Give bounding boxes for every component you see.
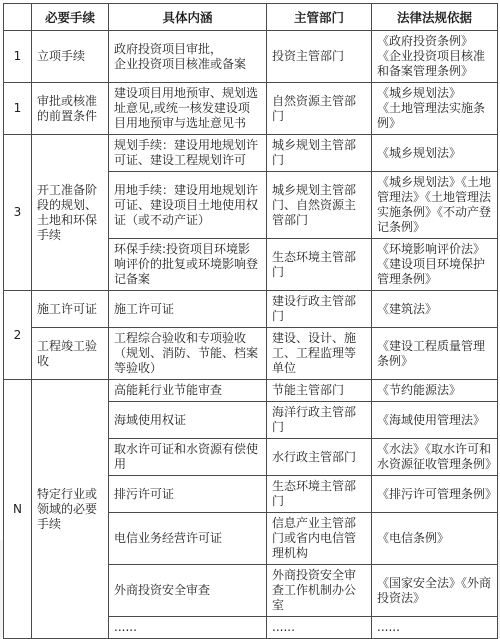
header-cell-legal-basis: 法律法规依据 bbox=[372, 4, 498, 31]
authority: 建设、设计、施工、工程监理等单位 bbox=[267, 328, 372, 380]
row-count: 2 bbox=[4, 291, 32, 380]
legal-basis: 《建设工程质量管理条例》 bbox=[372, 328, 498, 380]
legal-basis: 《环境影响评价法》《建设项目环境保护管理条例》 bbox=[372, 239, 498, 291]
procedure-name: 审批或核准的前置条件 bbox=[32, 83, 109, 135]
header-cell-authority: 主管部门 bbox=[267, 4, 372, 31]
row-count: 3 bbox=[4, 135, 32, 291]
procedure-name: 立项手续 bbox=[32, 31, 109, 83]
legal-basis: 《政府投资条例》 《企业投资项目核准和备案管理条例》 bbox=[372, 31, 498, 83]
table-row: 1 立项手续 政府投资项目审批， 企业投资项目核准或备案 投资主管部门 《政府投… bbox=[4, 31, 498, 83]
table-row: N 特定行业或领域的必要手续 高能耗行业节能审查 节能主管部门 《节约能源法》 bbox=[4, 380, 498, 402]
procedure-content: 排污许可证 bbox=[109, 476, 267, 513]
legal-basis: 《节约能源法》 bbox=[372, 380, 498, 402]
authority: 水行政主管部门 bbox=[267, 439, 372, 476]
authority: 信息产业主管部门或省内电信管理机构 bbox=[267, 513, 372, 565]
procedure-name: 开工准备阶段的规划、土地和环保手续 bbox=[32, 135, 109, 291]
procedure-content: 环保手续:投资项目环境影响评价的批复或环境影响登记备案 bbox=[109, 239, 267, 291]
procedure-content: 电信业务经营许可证 bbox=[109, 513, 267, 565]
table-row: 工程竣工验收 工程综合验收和专项验收（规划、消防、节能、档案等验收） 建设、设计… bbox=[4, 328, 498, 380]
header-cell-procedure: 必要手续 bbox=[32, 4, 109, 31]
authority: 外商投资安全审查工作机制办公室 bbox=[267, 565, 372, 617]
procedure-name: 工程竣工验收 bbox=[32, 328, 109, 380]
authority: 城乡规划主管部门、自然资源主管部门 bbox=[267, 172, 372, 239]
header-cell-content: 具体内涵 bbox=[109, 4, 267, 31]
legal-basis: 《国家安全法》《外商投资法》 bbox=[372, 565, 498, 617]
table-row: 3 开工准备阶段的规划、土地和环保手续 规划手续：建设用地规划许可证、建设工程规… bbox=[4, 135, 498, 172]
legal-basis: ...... bbox=[372, 617, 498, 639]
procedure-name: 特定行业或领域的必要手续 bbox=[32, 380, 109, 639]
row-count: 1 bbox=[4, 83, 32, 135]
authority: 投资主管部门 bbox=[267, 31, 372, 83]
legal-basis: 《电信条例》 bbox=[372, 513, 498, 565]
document-page: 必要手续 具体内涵 主管部门 法律法规依据 1 立项手续 政府投资项目审批， 企… bbox=[0, 0, 500, 540]
header-row: 必要手续 具体内涵 主管部门 法律法规依据 bbox=[4, 4, 498, 31]
procedure-content: ...... bbox=[109, 617, 267, 639]
procedure-content: 工程综合验收和专项验收（规划、消防、节能、档案等验收） bbox=[109, 328, 267, 380]
authority: 节能主管部门 bbox=[267, 380, 372, 402]
authority: 城乡规划主管部门 bbox=[267, 135, 372, 172]
procedure-content: 建设项目用地预审、规划选址意见,或统一核发建设项目用地预审与选址意见书 bbox=[109, 83, 267, 135]
procedure-name: 施工许可证 bbox=[32, 291, 109, 328]
authority: 生态环境主管部门 bbox=[267, 239, 372, 291]
procedure-content: 政府投资项目审批， 企业投资项目核准或备案 bbox=[109, 31, 267, 83]
header-cell-index bbox=[4, 4, 32, 31]
authority: 建设行政主管部门 bbox=[267, 291, 372, 328]
procedure-content: 规划手续：建设用地规划许可证、建设工程规划许可 bbox=[109, 135, 267, 172]
table-row: 2 施工许可证 施工许可证 建设行政主管部门 《建筑法》 bbox=[4, 291, 498, 328]
authority: 海洋行政主管部门 bbox=[267, 402, 372, 439]
procedure-content: 海域使用权证 bbox=[109, 402, 267, 439]
row-count: N bbox=[4, 380, 32, 639]
procedures-table: 必要手续 具体内涵 主管部门 法律法规依据 1 立项手续 政府投资项目审批， 企… bbox=[3, 3, 498, 639]
legal-basis: 《建筑法》 bbox=[372, 291, 498, 328]
procedure-content: 施工许可证 bbox=[109, 291, 267, 328]
procedure-content: 高能耗行业节能审查 bbox=[109, 380, 267, 402]
legal-basis: 《海域使用管理法》 bbox=[372, 402, 498, 439]
legal-basis: 《城乡规划法》 《土地管理法实施条例》 bbox=[372, 83, 498, 135]
procedure-content: 取水许可证和水资源有偿使用 bbox=[109, 439, 267, 476]
authority: 自然资源主管部门 bbox=[267, 83, 372, 135]
procedure-content: 用地手续：建设用地规划许可证、建设项目土地使用权证（或不动产证） bbox=[109, 172, 267, 239]
procedure-content: 外商投资安全审查 bbox=[109, 565, 267, 617]
authority: 生态环境主管部门 bbox=[267, 476, 372, 513]
authority: ...... bbox=[267, 617, 372, 639]
legal-basis: 《城乡规划法》 bbox=[372, 135, 498, 172]
legal-basis: 《城乡规划法》《土地管理法》《土地管理法实施条例》《不动产登记条例》 bbox=[372, 172, 498, 239]
legal-basis: 《水法》《取水许可和水资源征收管理条例》 bbox=[372, 439, 498, 476]
legal-basis: 《排污许可管理条例》 bbox=[372, 476, 498, 513]
table-row: 1 审批或核准的前置条件 建设项目用地预审、规划选址意见,或统一核发建设项目用地… bbox=[4, 83, 498, 135]
row-count: 1 bbox=[4, 31, 32, 83]
